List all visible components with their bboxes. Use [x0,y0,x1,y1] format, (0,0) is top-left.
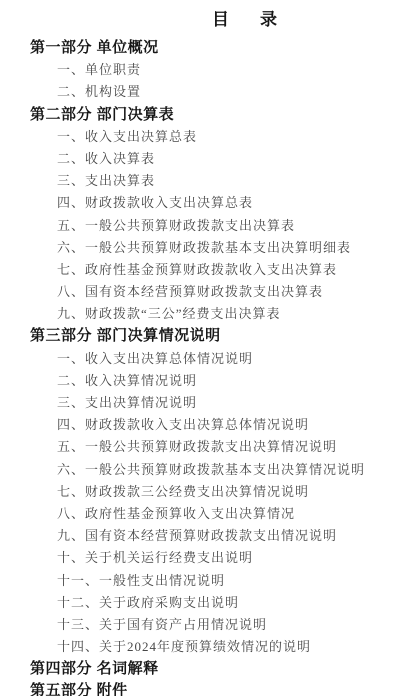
document-page: 目 录 第一部分 单位概况一、单位职责二、机构设置第二部分 部门决算表一、收入支… [0,0,410,696]
section-heading: 第五部分 附件 [30,680,410,696]
page-title: 目 录 [86,7,410,33]
section-heading: 第三部分 部门决算情况说明 [30,325,410,347]
toc-item: 八、国有资本经营预算财政拨款支出决算表 [57,281,410,303]
toc-item: 十四、关于2024年度预算绩效情况的说明 [57,636,410,658]
toc-item: 八、政府性基金预算收入支出决算情况 [57,503,410,525]
toc-item: 五、一般公共预算财政拨款支出决算情况说明 [57,436,410,458]
toc-item: 四、财政拨款收入支出决算总表 [57,192,410,214]
toc-item: 五、一般公共预算财政拨款支出决算表 [57,215,410,237]
toc-item: 二、收入决算表 [57,148,410,170]
toc-item: 六、一般公共预算财政拨款基本支出决算明细表 [57,237,410,259]
toc-item: 九、国有资本经营预算财政拨款支出情况说明 [57,525,410,547]
toc-item: 六、一般公共预算财政拨款基本支出决算情况说明 [57,459,410,481]
toc-item: 三、支出决算表 [57,170,410,192]
section-heading: 第四部分 名词解释 [30,658,410,680]
toc-item: 十、关于机关运行经费支出说明 [57,547,410,569]
toc-item: 七、政府性基金预算财政拨款收入支出决算表 [57,259,410,281]
table-of-contents: 第一部分 单位概况一、单位职责二、机构设置第二部分 部门决算表一、收入支出决算总… [0,37,410,696]
toc-item: 一、收入支出决算总表 [57,126,410,148]
toc-item: 一、单位职责 [57,59,410,81]
toc-item: 九、财政拨款“三公”经费支出决算表 [57,303,410,325]
toc-item: 二、机构设置 [57,81,410,103]
section-heading: 第一部分 单位概况 [30,37,410,59]
toc-item: 三、支出决算情况说明 [57,392,410,414]
toc-item: 十二、关于政府采购支出说明 [57,592,410,614]
toc-item: 十一、一般性支出情况说明 [57,570,410,592]
toc-item: 七、财政拨款三公经费支出决算情况说明 [57,481,410,503]
toc-item: 二、收入决算情况说明 [57,370,410,392]
toc-item: 十三、关于国有资产占用情况说明 [57,614,410,636]
toc-item: 一、收入支出决算总体情况说明 [57,348,410,370]
section-heading: 第二部分 部门决算表 [30,104,410,126]
toc-item: 四、财政拨款收入支出决算总体情况说明 [57,414,410,436]
